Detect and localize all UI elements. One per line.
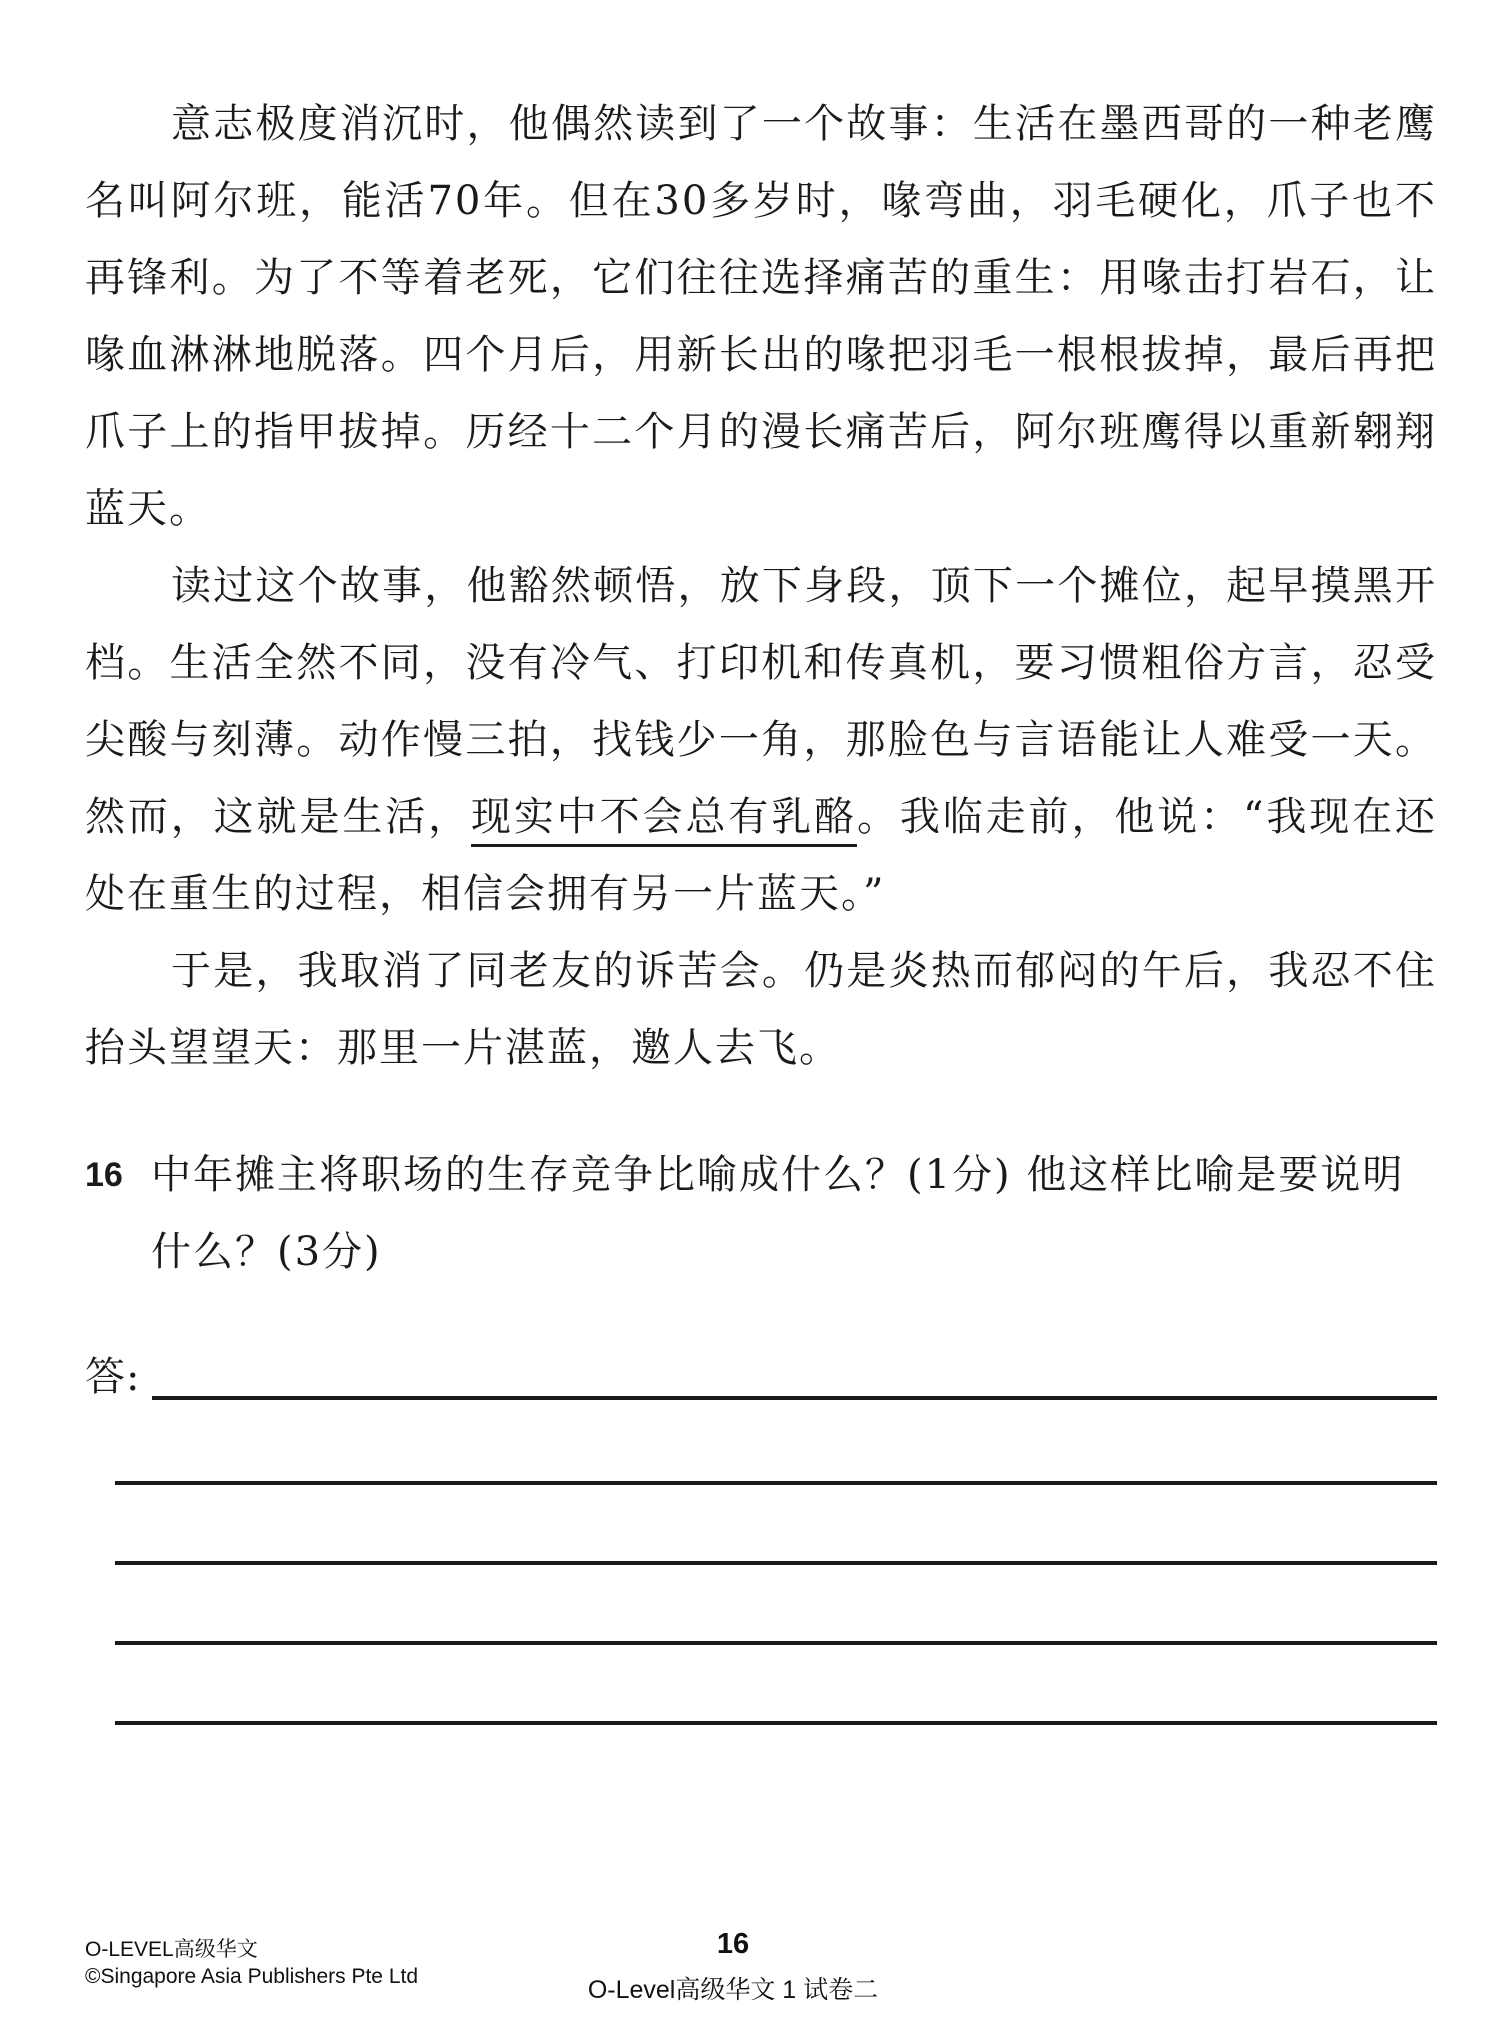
answer-line [115,1645,1437,1725]
footer-center: 16 O-Level高级华文 1 试卷二 [0,1928,1466,2006]
paragraph-conclusion: 于是，我取消了同老友的诉苦会。仍是炎热而郁闷的午后，我忍不住抬头望望天：那里一片… [85,933,1437,1087]
answer-line [115,1485,1437,1565]
answer-row: 答: [85,1349,1437,1405]
answer-line [152,1349,1437,1400]
question-text: 中年摊主将职场的生存竞争比喻成什么？(1分) 他这样比喻是要说明什么？(3分) [151,1137,1437,1291]
question-number: 16 [85,1137,151,1291]
exam-page: 意志极度消沉时，他偶然读到了一个故事：生活在墨西哥的一种老鹰名叫阿尔班，能活70… [0,0,1502,2042]
page-number: 16 [0,1928,1466,1961]
answer-line [115,1405,1437,1485]
answer-line [115,1565,1437,1645]
answer-label: 答: [85,1349,140,1405]
question-16: 16 中年摊主将职场的生存竞争比喻成什么？(1分) 他这样比喻是要说明什么？(3… [85,1137,1437,1291]
footer-paper-title: O-Level高级华文 1 试卷二 [0,1970,1466,2006]
answer-section: 答: [85,1349,1437,1725]
paragraph-stall-life: 读过这个故事，他豁然顿悟，放下身段，顶下一个摊位，起早摸黑开档。生活全然不同，没… [85,548,1437,933]
paragraph-eagle-story: 意志极度消沉时，他偶然读到了一个故事：生活在墨西哥的一种老鹰名叫阿尔班，能活70… [85,86,1437,548]
underlined-phrase: 现实中不会总有乳酪 [471,794,857,847]
page-content: 意志极度消沉时，他偶然读到了一个故事：生活在墨西哥的一种老鹰名叫阿尔班，能活70… [85,86,1437,1725]
